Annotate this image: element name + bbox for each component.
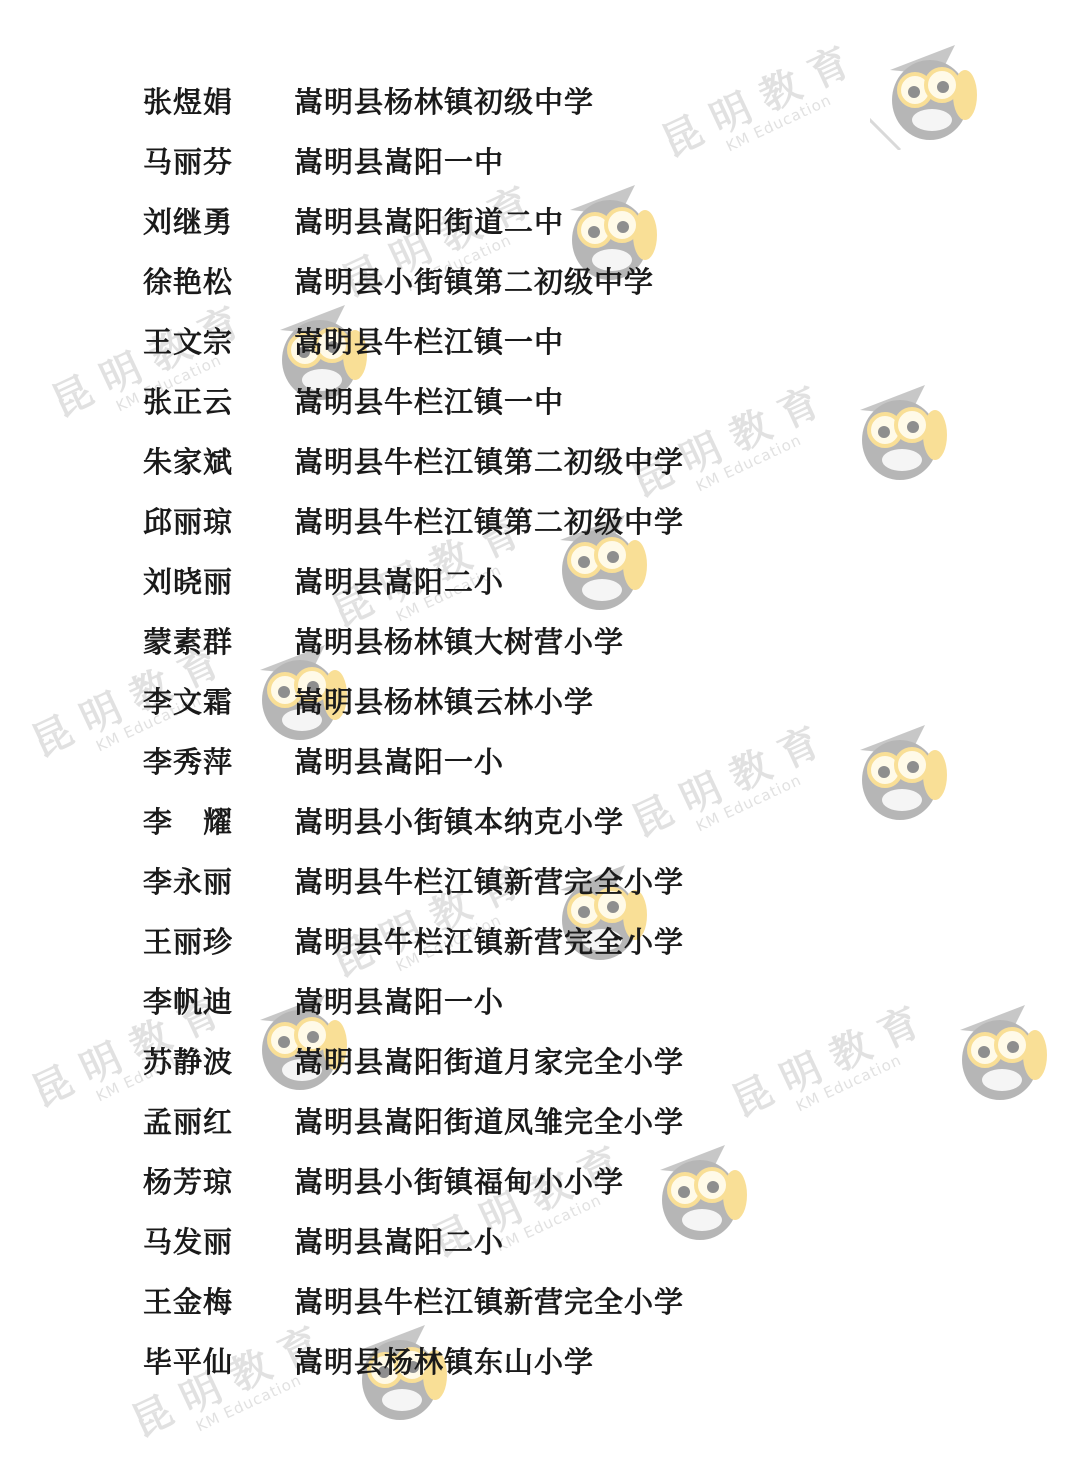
school-name: 嵩明县杨林镇云林小学 xyxy=(294,680,594,721)
school-name: 嵩明县牛栏江镇一中 xyxy=(294,380,564,421)
school-name: 嵩明县嵩阳一中 xyxy=(294,140,504,181)
person-name: 杨芳琼 xyxy=(143,1160,233,1201)
person-name: 朱家斌 xyxy=(143,440,233,481)
person-name: 李帆迪 xyxy=(143,980,233,1021)
list-item: 邱丽琼 嵩明县牛栏江镇第二初级中学 xyxy=(143,490,233,550)
list-item: 毕平仙 嵩明县杨林镇东山小学 xyxy=(143,1330,233,1390)
person-name: 李永丽 xyxy=(143,860,233,901)
school-name: 嵩明县嵩阳街道二中 xyxy=(294,200,564,241)
school-name: 嵩明县牛栏江镇一中 xyxy=(294,320,564,361)
person-name: 王丽珍 xyxy=(143,920,233,961)
list-item: 王丽珍 嵩明县牛栏江镇新营完全小学 xyxy=(143,910,233,970)
list-item: 苏静波 嵩明县嵩阳街道月家完全小学 xyxy=(143,1030,233,1090)
school-name: 嵩明县嵩阳一小 xyxy=(294,740,504,781)
list-item: 李文霜 嵩明县杨林镇云林小学 xyxy=(143,670,233,730)
person-name: 孟丽红 xyxy=(143,1100,233,1141)
list-item: 李帆迪 嵩明县嵩阳一小 xyxy=(143,970,233,1030)
person-name: 张煜娟 xyxy=(143,80,233,121)
person-name: 王文宗 xyxy=(143,320,233,361)
list-item: 李秀萍 嵩明县嵩阳一小 xyxy=(143,730,233,790)
person-name: 李文霜 xyxy=(143,680,233,721)
list-item: 马发丽 嵩明县嵩阳二小 xyxy=(143,1210,233,1270)
school-name: 嵩明县牛栏江镇新营完全小学 xyxy=(294,1280,684,1321)
school-name: 嵩明县牛栏江镇第二初级中学 xyxy=(294,440,684,481)
list-item: 张煜娟 嵩明县杨林镇初级中学 xyxy=(143,70,233,130)
school-name: 嵩明县牛栏江镇新营完全小学 xyxy=(294,920,684,961)
person-name: 马发丽 xyxy=(143,1220,233,1261)
person-name: 徐艳松 xyxy=(143,260,233,301)
person-name: 李秀萍 xyxy=(143,740,233,781)
list-item: 王金梅 嵩明县牛栏江镇新营完全小学 xyxy=(143,1270,233,1330)
person-name: 李 耀 xyxy=(143,800,233,841)
list-item: 杨芳琼 嵩明县小街镇福甸小小学 xyxy=(143,1150,233,1210)
school-name: 嵩明县杨林镇东山小学 xyxy=(294,1340,594,1381)
list-item: 蒙素群 嵩明县杨林镇大树营小学 xyxy=(143,610,233,670)
school-name: 嵩明县牛栏江镇第二初级中学 xyxy=(294,500,684,541)
list-item: 王文宗 嵩明县牛栏江镇一中 xyxy=(143,310,233,370)
list-item: 刘继勇 嵩明县嵩阳街道二中 xyxy=(143,190,233,250)
list-item: 孟丽红 嵩明县嵩阳街道凤雏完全小学 xyxy=(143,1090,233,1150)
school-name: 嵩明县嵩阳一小 xyxy=(294,980,504,1021)
person-name: 蒙素群 xyxy=(143,620,233,661)
person-name: 张正云 xyxy=(143,380,233,421)
list-item: 徐艳松 嵩明县小街镇第二初级中学 xyxy=(143,250,233,310)
list-item: 马丽芬 嵩明县嵩阳一中 xyxy=(143,130,233,190)
school-name: 嵩明县牛栏江镇新营完全小学 xyxy=(294,860,684,901)
school-name: 嵩明县小街镇本纳克小学 xyxy=(294,800,624,841)
school-name: 嵩明县小街镇福甸小小学 xyxy=(294,1160,624,1201)
list-item: 刘晓丽 嵩明县嵩阳二小 xyxy=(143,550,233,610)
person-name: 刘晓丽 xyxy=(143,560,233,601)
list-item: 张正云 嵩明县牛栏江镇一中 xyxy=(143,370,233,430)
list-item: 李永丽 嵩明县牛栏江镇新营完全小学 xyxy=(143,850,233,910)
person-name: 毕平仙 xyxy=(143,1340,233,1381)
school-name: 嵩明县嵩阳街道凤雏完全小学 xyxy=(294,1100,684,1141)
school-name: 嵩明县嵩阳二小 xyxy=(294,560,504,601)
school-name: 嵩明县嵩阳街道月家完全小学 xyxy=(294,1040,684,1081)
list-item: 朱家斌 嵩明县牛栏江镇第二初级中学 xyxy=(143,430,233,490)
school-name: 嵩明县杨林镇大树营小学 xyxy=(294,620,624,661)
name-school-list: 张煜娟 嵩明县杨林镇初级中学 马丽芬 嵩明县嵩阳一中 刘继勇 嵩明县嵩阳街道二中… xyxy=(0,0,1080,1464)
list-item: 李 耀 嵩明县小街镇本纳克小学 xyxy=(143,790,233,850)
person-name: 邱丽琼 xyxy=(143,500,233,541)
person-name: 王金梅 xyxy=(143,1280,233,1321)
person-name: 马丽芬 xyxy=(143,140,233,181)
school-name: 嵩明县小街镇第二初级中学 xyxy=(294,260,654,301)
school-name: 嵩明县杨林镇初级中学 xyxy=(294,80,594,121)
person-name: 刘继勇 xyxy=(143,200,233,241)
school-name: 嵩明县嵩阳二小 xyxy=(294,1220,504,1261)
person-name: 苏静波 xyxy=(143,1040,233,1081)
